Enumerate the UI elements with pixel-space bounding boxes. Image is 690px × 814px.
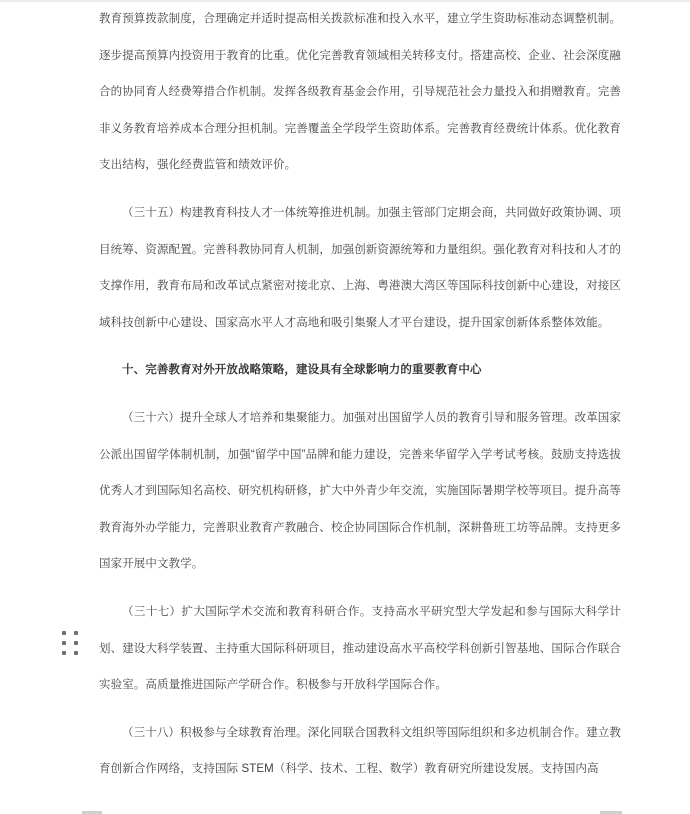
paragraph[interactable]: 教育预算拨款制度，合理确定并适时提高相关拨款标准和投入水平，建立学生资助标准动态… xyxy=(99,1,621,184)
document-body: 教育预算拨款制度，合理确定并适时提高相关拨款标准和投入水平，建立学生资助标准动态… xyxy=(99,1,621,799)
paragraph[interactable]: （三十六）提升全球人才培养和集聚能力。加强对出国留学人员的教育引导和服务管理。改… xyxy=(99,400,621,583)
drag-dot xyxy=(62,651,66,655)
drag-dot xyxy=(74,631,78,635)
paragraph[interactable]: （三十八）积极参与全球教育治理。深化同联合国教科文组织等国际组织和多边机制合作。… xyxy=(99,715,621,788)
drag-dots-icon[interactable] xyxy=(62,631,78,655)
drag-dot xyxy=(62,631,66,635)
drag-dot xyxy=(74,651,78,655)
paragraph[interactable]: （三十七）扩大国际学术交流和教育科研合作。支持高水平研究型大学发起和参与国际大科… xyxy=(99,594,621,704)
section-heading[interactable]: 十、完善教育对外开放战略策略，建设具有全球影响力的重要教育中心 xyxy=(99,352,621,389)
drag-dot xyxy=(62,641,66,645)
document-page: 教育预算拨款制度，合理确定并适时提高相关拨款标准和投入水平，建立学生资助标准动态… xyxy=(0,0,690,814)
paragraph[interactable]: （三十五）构建教育科技人才一体统筹推进机制。加强主管部门定期会商，共同做好政策协… xyxy=(99,195,621,341)
drag-dot xyxy=(74,641,78,645)
